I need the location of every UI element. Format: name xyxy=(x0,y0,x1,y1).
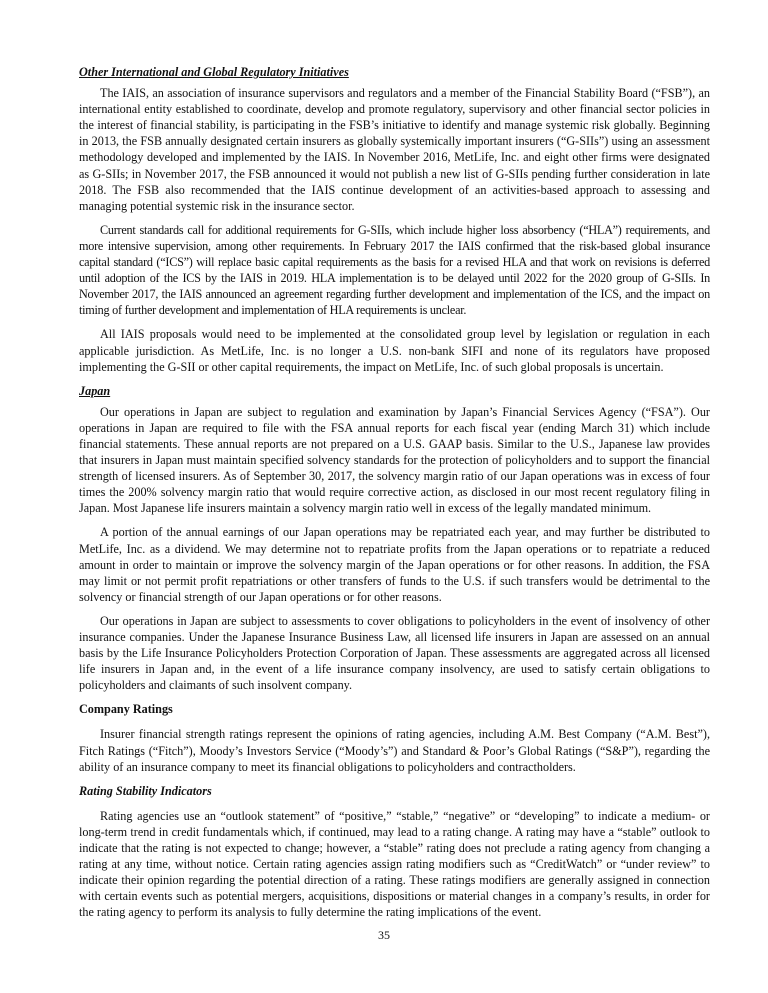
paragraph-japan-fsa: Our operations in Japan are subject to r… xyxy=(79,404,710,517)
section-heading-rating-stability: Rating Stability Indicators xyxy=(79,783,710,799)
paragraph-japan-assessments: Our operations in Japan are subject to a… xyxy=(79,613,710,693)
paragraph-g-sii-standards: Current standards call for additional re… xyxy=(79,222,710,319)
paragraph-iais-proposals: All IAIS proposals would need to be impl… xyxy=(79,326,710,374)
section-heading-japan: Japan xyxy=(79,383,710,399)
paragraph-rating-stability: Rating agencies use an “outlook statemen… xyxy=(79,808,710,921)
paragraph-company-ratings: Insurer financial strength ratings repre… xyxy=(79,726,710,774)
section-heading-other-international: Other International and Global Regulator… xyxy=(79,64,710,80)
section-heading-company-ratings: Company Ratings xyxy=(79,701,710,717)
page-number: 35 xyxy=(0,928,768,943)
document-page: Other International and Global Regulator… xyxy=(79,64,710,929)
paragraph-japan-repatriation: A portion of the annual earnings of our … xyxy=(79,524,710,604)
paragraph-iais-fsb: The IAIS, an association of insurance su… xyxy=(79,85,710,214)
